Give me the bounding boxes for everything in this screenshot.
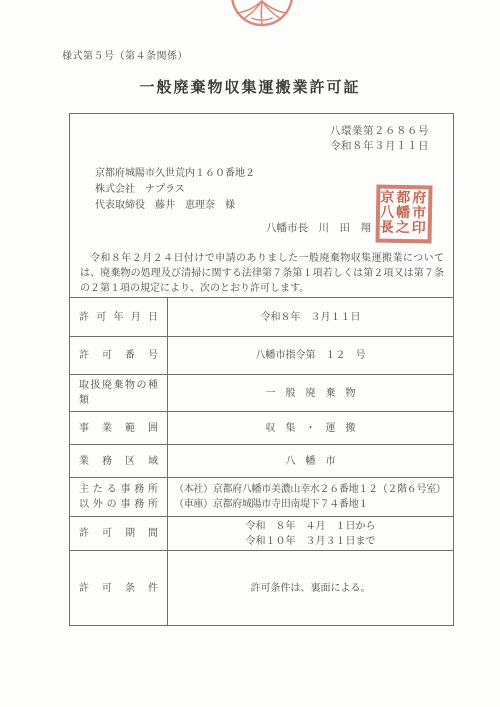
row-value: 一 般 廃 棄 物: [168, 375, 453, 411]
row-label: 主たる事務所 以外の事務所: [70, 478, 168, 516]
document-number-block: 八環業第２６８６号 令和８年３月１１日: [70, 114, 453, 154]
page-title: 一般廃棄物収集運搬業許可証: [0, 76, 500, 97]
permit-document-page: 様式第５号（第４条関係） 一般廃棄物収集運搬業許可証 八環業第２６８６号 令和８…: [0, 0, 500, 707]
mayor-seal-row: 京都府: [380, 191, 428, 206]
permit-table: 許可年月日 令和８年 ３月１１日 許可番号 八幡市指令第 １２ 号 取扱廃棄物の…: [70, 297, 453, 625]
table-row: 許可番号 八幡市指令第 １２ 号: [70, 336, 453, 374]
row-label: 許可条件: [70, 551, 168, 625]
table-row: 業務区域 八 幡 市: [70, 444, 453, 477]
document-number: 八環業第２６８６号: [70, 124, 429, 139]
row-label: 許可番号: [70, 337, 168, 374]
row-label: 許可期間: [70, 517, 168, 550]
row-value: 許可条件は、裏面による。: [168, 581, 453, 596]
addressee-address: 京都府城陽市久世荒内１６０番地２: [95, 166, 453, 182]
form-code: 様式第５号（第４条関係）: [62, 47, 188, 62]
row-value: （本社）京都府八幡市美濃山幸水２６番地１２（２階６号室） （車庫）京都府城陽市寺…: [168, 478, 453, 516]
mayor-seal-stamp: 京都府 八幡市 長之印: [375, 185, 432, 244]
row-label: 取扱廃棄物の種類: [70, 375, 168, 411]
table-row: 許可条件 許可条件は、裏面による。: [70, 550, 453, 625]
row-label: 許可年月日: [70, 298, 168, 336]
mayor-seal-row: 八幡市: [380, 207, 428, 222]
table-row: 許可年月日 令和８年 ３月１１日: [70, 297, 453, 336]
city-emblem-stamp-icon: [228, 0, 296, 28]
row-label: 事業範囲: [70, 412, 168, 444]
row-value: 八 幡 市: [168, 445, 453, 477]
table-row: 事業範囲 収 集 ・ 運 搬: [70, 411, 453, 444]
row-value: 令和８年 ３月１１日: [168, 298, 453, 336]
table-row: 取扱廃棄物の種類 一 般 廃 棄 物: [70, 374, 453, 411]
table-row: 許可期間 令和 ８年 ４月 １日から 令和１０年 ３月３１日まで: [70, 516, 453, 550]
permit-body-frame: 八環業第２６８６号 令和８年３月１１日 京都府城陽市久世荒内１６０番地２ 株式会…: [69, 113, 454, 626]
mayor-seal-row: 長之印: [380, 222, 428, 237]
row-label: 業務区域: [70, 445, 168, 477]
row-value: 令和 ８年 ４月 １日から 令和１０年 ３月３１日まで: [168, 517, 453, 550]
issue-date: 令和８年３月１１日: [70, 139, 429, 154]
grant-statement: 令和８年２月２４日付けで申請のありました一般廃棄物収集運搬業については、廃棄物の…: [80, 251, 444, 296]
row-value: 八幡市指令第 １２ 号: [168, 337, 453, 374]
row-value: 収 集 ・ 運 搬: [168, 412, 453, 444]
table-row: 主たる事務所 以外の事務所 （本社）京都府八幡市美濃山幸水２６番地１２（２階６号…: [70, 477, 453, 516]
